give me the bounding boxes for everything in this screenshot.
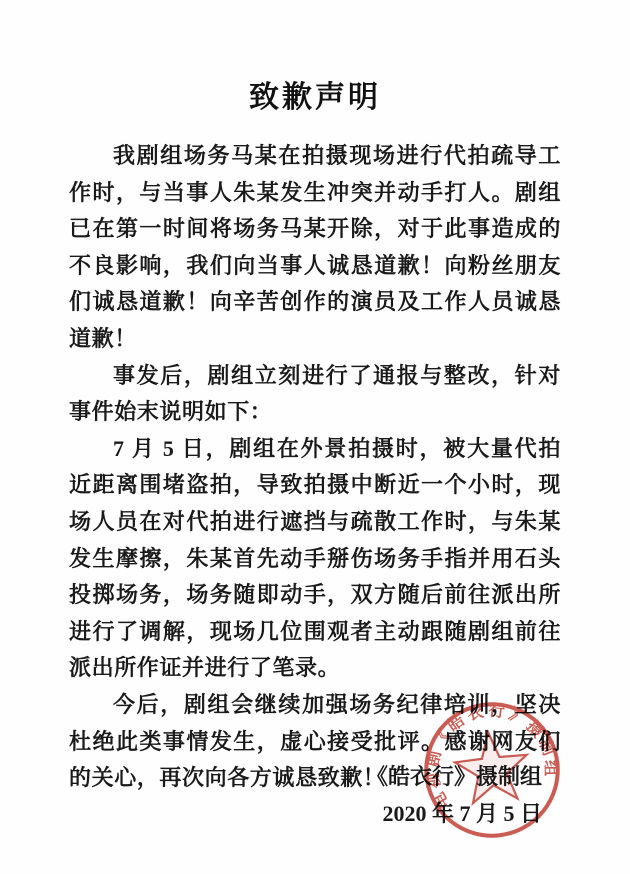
apology-statement-document: 致歉声明 我剧组场务马某在拍摄现场进行代拍疏导工作时，与当事人朱某发生冲突并动手… xyxy=(0,0,630,874)
document-body: 我剧组场务马某在拍摄现场进行代拍疏导工作时，与当事人朱某发生冲突并动手打人。剧组… xyxy=(69,138,561,797)
signature-crew-name: 《皓衣行》摄制组 xyxy=(0,758,542,795)
paragraph-notice: 事发后，剧组立刻进行了通报与整改，针对事件始末说明如下： xyxy=(69,358,561,431)
paragraph-incident-details: 7 月 5 日，剧组在外景拍摄时，被大量代拍近距离围堵盗拍，导致拍摄中断近一个小… xyxy=(69,431,561,687)
signature-date: 2020 年 7 月 5 日 xyxy=(0,795,542,832)
signature-block: 《皓衣行》摄制组 2020 年 7 月 5 日 xyxy=(0,758,542,832)
document-title: 致歉声明 xyxy=(0,0,630,116)
paragraph-intro: 我剧组场务马某在拍摄现场进行代拍疏导工作时，与当事人朱某发生冲突并动手打人。剧组… xyxy=(69,138,561,358)
